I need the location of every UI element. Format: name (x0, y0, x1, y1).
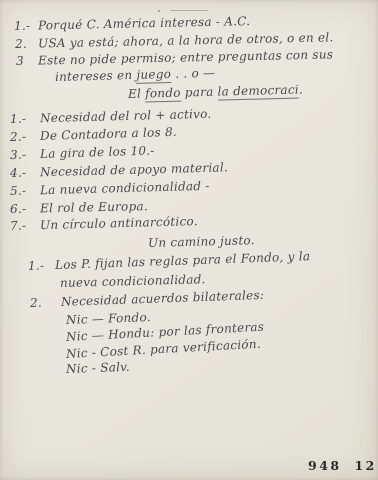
item-text: La nueva condicionalidad - (40, 179, 210, 197)
item-number: 7.- (10, 218, 40, 233)
list-item: 3.-La gira de los 10.- (10, 143, 155, 162)
heading-text: . (299, 82, 303, 96)
item-number: 1.- (14, 18, 38, 32)
item-text: Necesidad acuerdos bilaterales: (61, 288, 265, 309)
item-number: 2. (30, 295, 61, 310)
item-text: Este no pide permiso; entre preguntas co… (38, 47, 333, 67)
list-item: 3Este no pide permiso; entre preguntas c… (16, 47, 333, 68)
list-item: 1.-Porqué C. América interesa - A.C. (14, 14, 251, 33)
item-text: El rol de Europa. (40, 199, 148, 215)
list-item: 5.-La nueva condicionalidad - (10, 179, 210, 198)
list-item: 7.-Un círculo antinarcótico. (10, 214, 198, 233)
item-text: La gira de los 10.- (40, 143, 155, 161)
item-number: 3 (16, 54, 38, 68)
item-text: Necesidad de apoyo material. (40, 160, 228, 179)
item-number: 5.- (10, 183, 40, 198)
continuation-line: intereses en juego . . o — (55, 66, 216, 84)
item-number: 1.- (28, 258, 55, 273)
item-number: 2. (15, 37, 38, 51)
list-item: 1.-Necesidad del rol + activo. (10, 107, 212, 126)
section-heading: El fondo para la democraci. (128, 82, 303, 101)
item-text: Porqué C. América interesa - A.C. (38, 14, 251, 32)
sub-list-item: Nic - Salv. (66, 360, 130, 376)
item-text: De Contadora a los 8. (40, 125, 177, 143)
item-text: Un círculo antinarcótico. (40, 214, 198, 232)
underlined-word: fondo (145, 86, 181, 103)
list-item: 2.Necesidad acuerdos bilaterales: (30, 288, 265, 310)
item-number: 4.- (10, 165, 40, 180)
item-number: 6.- (10, 201, 40, 216)
pencil-dash (170, 10, 208, 11)
item-text: Los P. fijan las reglas para el Fondo, y… (55, 249, 311, 272)
handwritten-note-paper: 1.-Porqué C. América interesa - A.C. 2.U… (0, 0, 378, 480)
item-number: 3.- (10, 147, 40, 162)
list-item: 6.-El rol de Europa. (10, 199, 148, 216)
underlined-word: la democraci (217, 83, 299, 101)
pencil-dot (158, 10, 160, 12)
section-heading: Un camino justo. (148, 233, 255, 250)
continuation-line: nueva condicionalidad. (60, 272, 206, 290)
list-item: 2.-De Contadora a los 8. (10, 125, 177, 144)
archive-stamp: 948 12 (308, 458, 377, 473)
heading-text: para (181, 85, 218, 100)
item-text: Necesidad del rol + activo. (40, 107, 212, 125)
item-number: 1.- (10, 111, 40, 126)
underlined-word: juego (136, 67, 171, 84)
heading-text: El (128, 87, 146, 101)
list-item: 4.-Necesidad de apoyo material. (10, 160, 228, 180)
item-text: intereses en (55, 68, 137, 84)
sub-list-item: Nic — Fondo. (66, 310, 151, 327)
item-text: . . o — (171, 66, 215, 81)
item-number: 2.- (10, 129, 40, 144)
list-item: 1.-Los P. fijan las reglas para el Fondo… (28, 249, 311, 273)
